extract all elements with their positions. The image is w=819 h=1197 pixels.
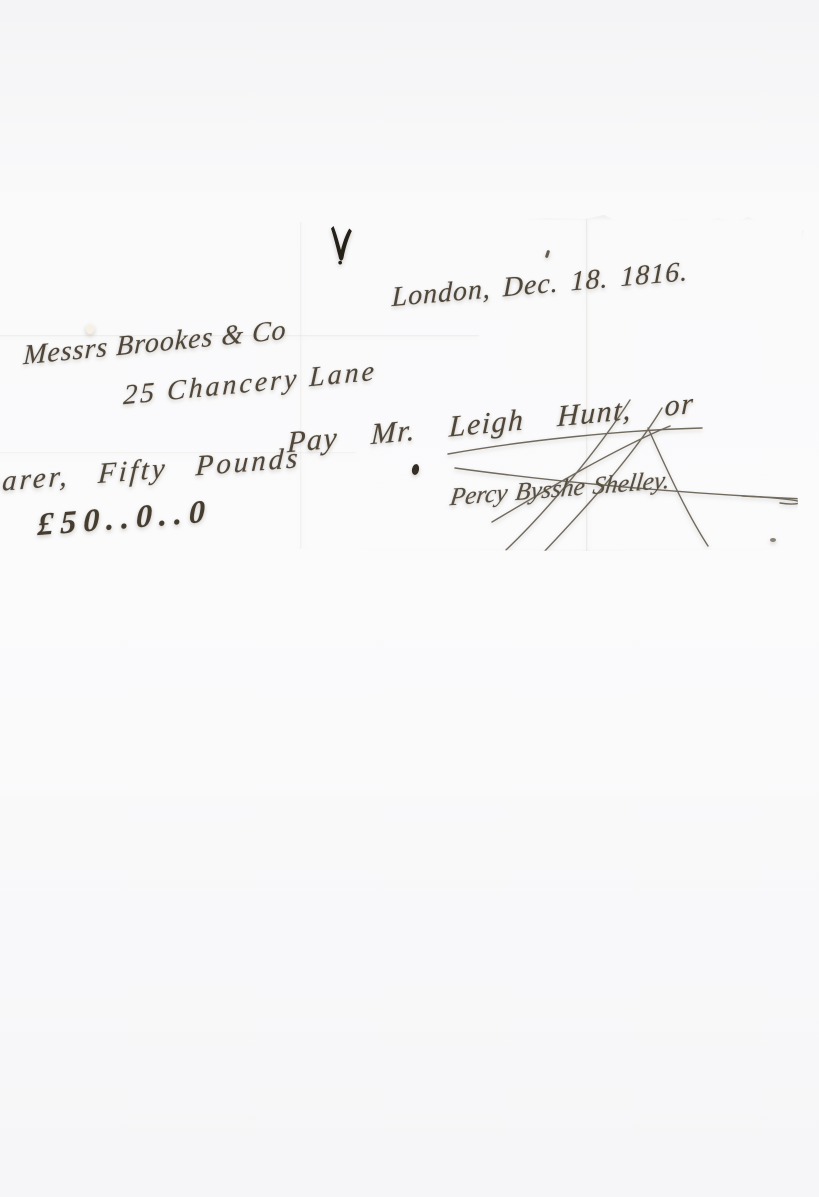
drawee-address-line: 25 Chancery Lane xyxy=(123,356,378,413)
photo-background: London, Dec. 18. 1816. Messrs Brookes & … xyxy=(0,0,819,1197)
ink-dot xyxy=(411,463,420,475)
amount-figures: £50..0..0 xyxy=(37,492,212,543)
fold-crease-vertical-right xyxy=(586,212,588,554)
small-ink-dot xyxy=(770,538,776,542)
place-date-line: London, Dec. 18. 1816. xyxy=(391,256,688,314)
cheque-paper: London, Dec. 18. 1816. Messrs Brookes & … xyxy=(0,212,808,554)
bearer-amount-line: bearer, Fifty Pounds xyxy=(0,442,302,501)
signature: Percy Bysshe Shelley. xyxy=(448,467,671,513)
apostrophe-ink-mark xyxy=(545,250,550,259)
pay-order-line: Pay Mr. Leigh Hunt, or xyxy=(287,387,696,461)
ink-blot xyxy=(328,226,354,266)
drawee-name-line: Messrs Brookes & Co xyxy=(23,315,288,373)
